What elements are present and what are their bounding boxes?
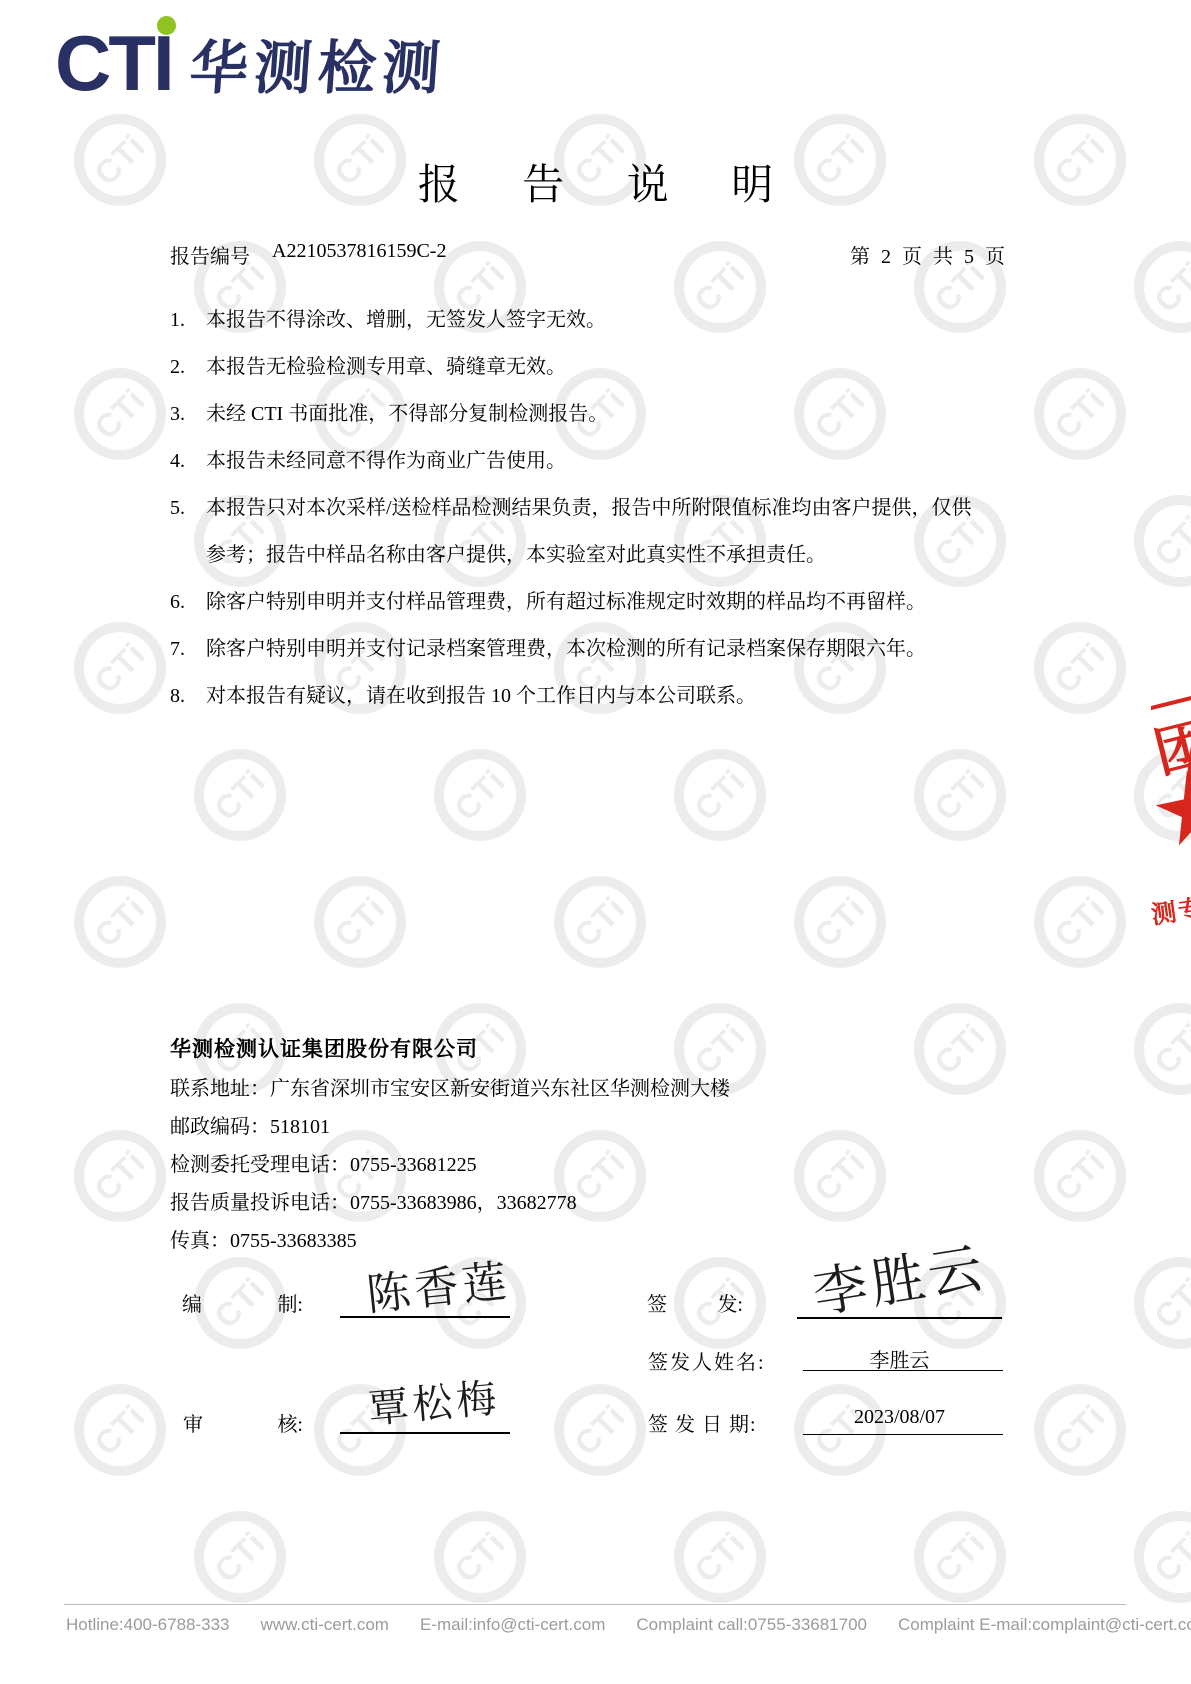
note-number: 1. <box>170 297 206 344</box>
note-text-line: 本报告不得涂改、增删，无签发人签字无效。 <box>206 297 606 344</box>
note-item: 3.未经 CTI 书面批准，不得部分复制检测报告。 <box>170 391 1050 438</box>
company-block: 华测检测认证集团股份有限公司 联系地址：广东省深圳市宝安区新安街道兴东社区华测检… <box>170 1033 730 1253</box>
company-name: 华测检测认证集团股份有限公司 <box>170 1033 730 1063</box>
note-text-line: 除客户特别申明并支付样品管理费，所有超过标准规定时效期的样品均不再留样。 <box>206 579 926 626</box>
note-text: 本报告不得涂改、增删，无签发人签字无效。 <box>206 297 606 344</box>
note-item: 4.本报告未经同意不得作为商业广告使用。 <box>170 438 1050 485</box>
page-content: CTI 华测检测 报 告 说 明 报告编号 A2210537816159C-2 … <box>0 0 1191 1684</box>
prepare-signature-line <box>340 1316 510 1318</box>
note-item: 8.对本报告有疑议，请在收到报告 10 个工作日内与本公司联系。 <box>170 673 1050 720</box>
company-info-line: 邮政编码：518101 <box>170 1115 730 1139</box>
cti-logo-chinese: 华测检测 <box>188 41 448 96</box>
note-text-line: 未经 CTI 书面批准，不得部分复制检测报告。 <box>206 391 608 438</box>
note-text-line: 对本报告有疑议，请在收到报告 10 个工作日内与本公司联系。 <box>206 673 756 720</box>
note-text: 除客户特别申明并支付记录档案管理费，本次检测的所有记录档案保存期限六年。 <box>206 626 926 673</box>
note-text-line: 本报告只对本次采样/送检样品检测结果负责，报告中所附限值标准均由客户提供，仅供 <box>206 485 972 532</box>
note-item: 5.本报告只对本次采样/送检样品检测结果负责，报告中所附限值标准均由客户提供，仅… <box>170 485 1050 579</box>
review-label-char1: 审 <box>183 1408 203 1437</box>
prepare-signature: 陈香莲 <box>363 1245 513 1324</box>
note-number: 8. <box>170 673 206 720</box>
note-item: 1.本报告不得涂改、增删，无签发人签字无效。 <box>170 297 1050 344</box>
cti-logo-letters: CTI <box>55 19 172 107</box>
issue-date-label: 签 发 日 期: <box>648 1408 757 1437</box>
note-text: 本报告只对本次采样/送检样品检测结果负责，报告中所附限值标准均由客户提供，仅供参… <box>206 485 972 579</box>
note-text: 除客户特别申明并支付样品管理费，所有超过标准规定时效期的样品均不再留样。 <box>206 579 926 626</box>
company-info-line: 联系地址：广东省深圳市宝安区新安街道兴东社区华测检测大楼 <box>170 1077 730 1101</box>
cti-logo-text: CTI <box>55 32 172 96</box>
note-text-line: 参考；报告中样品名称由客户提供，本实验室对此真实性不承担责任。 <box>206 532 972 579</box>
issue-signature-line <box>797 1317 1002 1319</box>
report-no-label: 报告编号 <box>170 240 250 269</box>
issue-label: 签 发: <box>647 1288 743 1317</box>
red-seal-fragment: 团 ★ 测专 <box>1151 652 1191 934</box>
prepare-label: 编 制: <box>182 1288 303 1317</box>
prepare-label-char2: 制: <box>277 1288 303 1317</box>
issuer-name-label: 签发人姓名: <box>648 1346 766 1375</box>
review-signature: 覃松梅 <box>366 1366 502 1434</box>
note-text: 对本报告有疑议，请在收到报告 10 个工作日内与本公司联系。 <box>206 673 756 720</box>
note-text: 本报告无检验检测专用章、骑缝章无效。 <box>206 344 566 391</box>
footer-item: Complaint call:0755-33681700 <box>636 1615 867 1635</box>
note-item: 2.本报告无检验检测专用章、骑缝章无效。 <box>170 344 1050 391</box>
note-number: 2. <box>170 344 206 391</box>
notes-list: 1.本报告不得涂改、增删，无签发人签字无效。2.本报告无检验检测专用章、骑缝章无… <box>170 297 1050 720</box>
footer-contact-bar: Hotline:400-6788-333www.cti-cert.comE-ma… <box>66 1615 1126 1635</box>
review-signature-line <box>340 1432 510 1434</box>
seal-character-bottom: 测专 <box>1151 888 1191 931</box>
note-number: 7. <box>170 626 206 673</box>
page-number-info: 第 2 页 共 5 页 <box>850 240 1008 269</box>
note-text: 未经 CTI 书面批准，不得部分复制检测报告。 <box>206 391 608 438</box>
footer-item: Hotline:400-6788-333 <box>66 1615 230 1635</box>
issue-label-char1: 签 <box>647 1288 667 1317</box>
note-text-line: 除客户特别申明并支付记录档案管理费，本次检测的所有记录档案保存期限六年。 <box>206 626 926 673</box>
note-number: 6. <box>170 579 206 626</box>
note-item: 6.除客户特别申明并支付样品管理费，所有超过标准规定时效期的样品均不再留样。 <box>170 579 1050 626</box>
report-no-value: A2210537816159C-2 <box>272 240 446 263</box>
issue-date-value: 2023/08/07 <box>797 1406 1002 1429</box>
issue-date-line <box>803 1434 1003 1435</box>
cti-logo: CTI 华测检测 <box>55 32 446 96</box>
company-info-lines: 联系地址：广东省深圳市宝安区新安街道兴东社区华测检测大楼邮政编码：518101检… <box>170 1077 730 1253</box>
note-number: 5. <box>170 485 206 579</box>
footer-item: Complaint E-mail:complaint@cti-cert.com <box>898 1615 1191 1635</box>
review-label: 审 核: <box>183 1408 303 1437</box>
footer-item: E-mail:info@cti-cert.com <box>420 1615 605 1635</box>
prepare-label-char1: 编 <box>182 1288 202 1317</box>
note-text-line: 本报告无检验检测专用章、骑缝章无效。 <box>206 344 566 391</box>
cti-logo-green-dot-icon <box>157 16 176 35</box>
company-info-line: 检测委托受理电话：0755-33681225 <box>170 1153 730 1177</box>
footer-divider <box>64 1604 1126 1605</box>
note-item: 7.除客户特别申明并支付记录档案管理费，本次检测的所有记录档案保存期限六年。 <box>170 626 1050 673</box>
seal-star-icon: ★ <box>1151 752 1191 866</box>
note-number: 3. <box>170 391 206 438</box>
note-text-line: 本报告未经同意不得作为商业广告使用。 <box>206 438 566 485</box>
company-info-line: 传真：0755-33683385 <box>170 1229 730 1253</box>
note-number: 4. <box>170 438 206 485</box>
issue-signature: 李胜云 <box>807 1225 991 1328</box>
page-title: 报 告 说 明 <box>0 152 1191 212</box>
issuer-name-line <box>803 1370 1003 1371</box>
note-text: 本报告未经同意不得作为商业广告使用。 <box>206 438 566 485</box>
issue-label-char2: 发: <box>717 1288 743 1317</box>
company-info-line: 报告质量投诉电话：0755-33683986，33682778 <box>170 1191 730 1215</box>
review-label-char2: 核: <box>277 1408 303 1437</box>
issuer-name-value: 李胜云 <box>797 1344 1002 1373</box>
report-page: CTiCTiCTiCTiCTiCTiCTiCTiCTiCTiCTiCTiCTiC… <box>0 0 1191 1684</box>
footer-item: www.cti-cert.com <box>261 1615 389 1635</box>
